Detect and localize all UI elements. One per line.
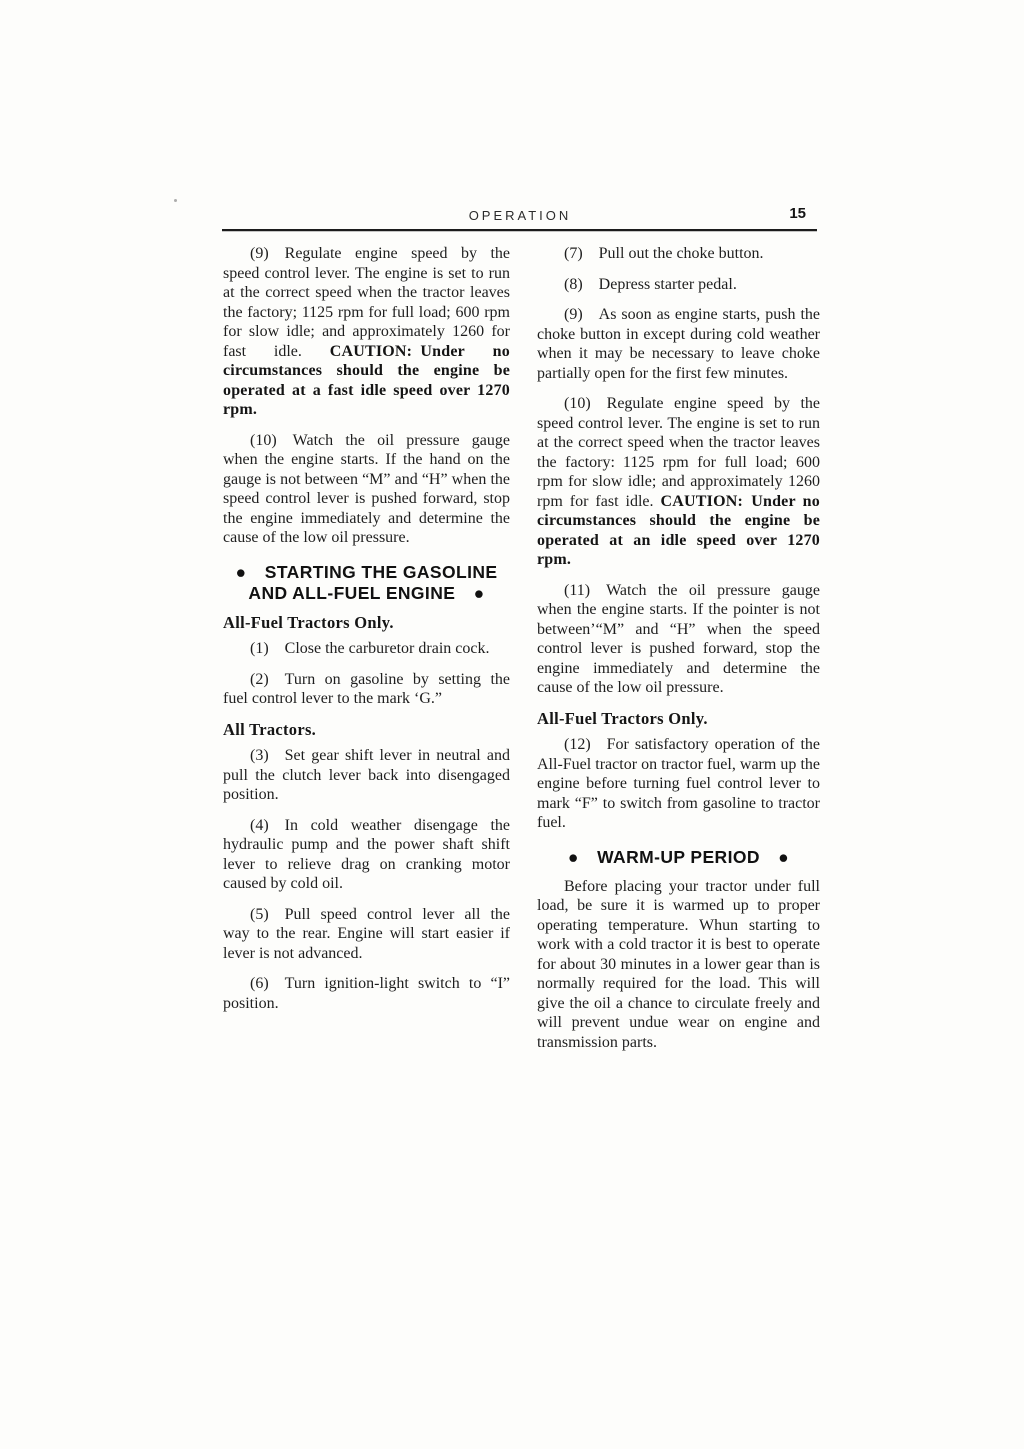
page-title: OPERATION (222, 208, 818, 223)
section-heading-line: ● WARM-UP PERIOD ● (537, 847, 820, 868)
scan-speck (174, 199, 177, 202)
body-paragraph: (8) Depress starter pedal. (537, 275, 820, 295)
paragraph-text: (2) Turn on gasoline by setting the fuel… (223, 671, 510, 708)
right-column: (7) Pull out the choke button.(8) Depres… (537, 244, 820, 1063)
body-paragraph: (12) For satisfactory operation of the A… (537, 735, 820, 833)
paragraph-text: Before placing your tractor under full l… (537, 878, 820, 1051)
paragraph-text: (3) Set gear shift lever in neutral and … (223, 747, 510, 803)
paragraph-text: (7) Pull out the choke button. (564, 245, 764, 262)
body-paragraph: (3) Set gear shift lever in neutral and … (223, 746, 510, 805)
body-paragraph: (6) Turn ignition-light switch to “I” po… (223, 974, 510, 1013)
left-column: (9) Regulate engine speed by the speed c… (223, 244, 510, 1024)
paragraph-text: (12) For satisfactory operation of the A… (537, 736, 820, 831)
body-paragraph: (1) Close the carburetor drain cock. (223, 639, 510, 659)
paragraph-text: (6) Turn ignition-light switch to “I” po… (223, 975, 510, 1012)
body-paragraph: (9) As soon as engine starts, push the c… (537, 305, 820, 383)
section-heading-line: AND ALL-FUEL ENGINE ● (223, 583, 510, 604)
paragraph-text: (5) Pull speed control lever all the way… (223, 906, 510, 962)
page-header: OPERATION 15 (222, 204, 818, 234)
body-paragraph: (2) Turn on gasoline by setting the fuel… (223, 670, 510, 709)
body-paragraph: (10) Watch the oil pressure gauge when t… (223, 431, 510, 548)
subheading: All-Fuel Tractors Only. (537, 709, 820, 729)
paragraph-text: (4) In cold weather disengage the hydrau… (223, 817, 510, 893)
body-paragraph: (4) In cold weather disengage the hydrau… (223, 816, 510, 894)
paragraph-text: (9) As soon as engine starts, push the c… (537, 306, 820, 382)
paragraph-text: (1) Close the carburetor drain cock. (250, 640, 489, 657)
header-rule (222, 229, 817, 231)
body-paragraph: (9) Regulate engine speed by the speed c… (223, 244, 510, 420)
subheading: All Tractors. (223, 720, 510, 740)
section-heading: ● WARM-UP PERIOD ● (537, 847, 820, 868)
body-paragraph: (7) Pull out the choke button. (537, 244, 820, 264)
body-paragraph: (5) Pull speed control lever all the way… (223, 905, 510, 964)
body-paragraph: (11) Watch the oil pressure gauge when t… (537, 581, 820, 698)
page-number: 15 (789, 205, 806, 222)
body-paragraph: (10) Regulate engine speed by the speed … (537, 394, 820, 570)
paragraph-text: (10) Watch the oil pressure gauge when t… (223, 432, 510, 547)
paragraph-text: (11) Watch the oil pressure gauge when t… (537, 582, 820, 697)
paragraph-text: (8) Depress starter pedal. (564, 276, 737, 293)
section-heading: ● STARTING THE GASOLINEAND ALL-FUEL ENGI… (223, 562, 510, 604)
subheading: All-Fuel Tractors Only. (223, 613, 510, 633)
section-heading-line: ● STARTING THE GASOLINE (223, 562, 510, 583)
body-paragraph: Before placing your tractor under full l… (537, 877, 820, 1053)
